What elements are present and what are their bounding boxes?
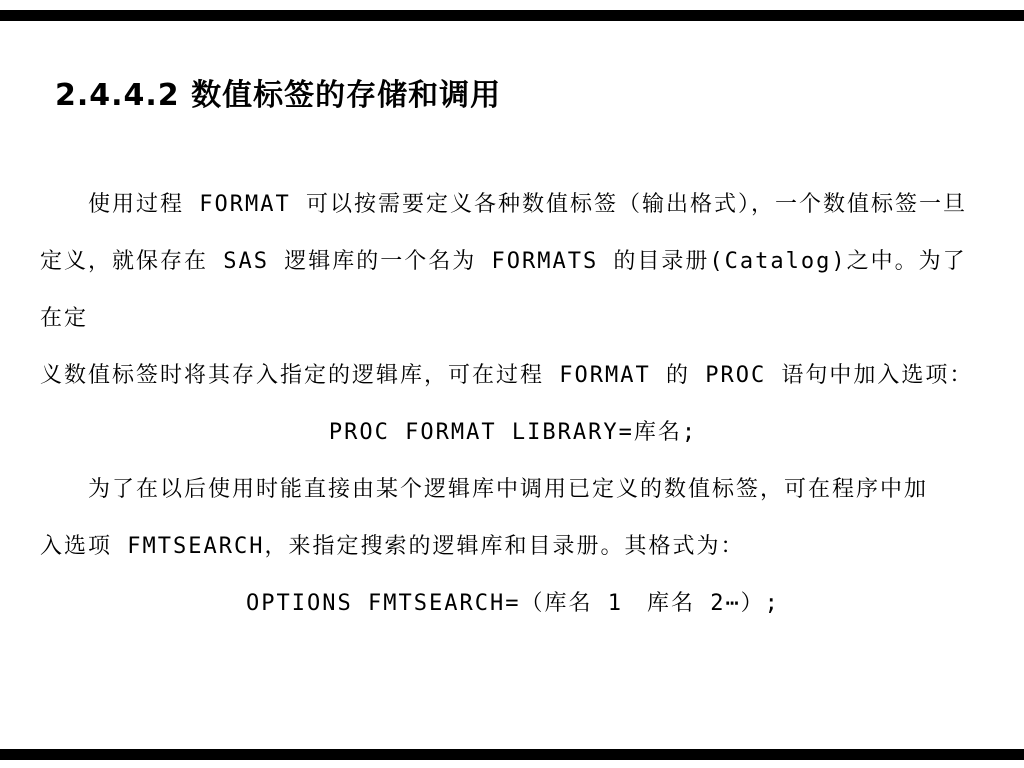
text-line: 为了在以后使用时能直接由某个逻辑库中调用已定义的数值标签，可在程序中加 [40, 461, 986, 518]
text-line: 义数值标签时将其存入指定的逻辑库，可在过程 FORMAT 的 PROC 语句中加… [40, 347, 986, 404]
top-rule [0, 10, 1024, 21]
page-title: 2.4.4.2 数值标签的存储和调用 [55, 70, 501, 114]
document-page: 2.4.4.2 数值标签的存储和调用 使用过程 FORMAT 可以按需要定义各种… [0, 0, 1024, 768]
text-line: OPTIONS FMTSEARCH=（库名 1 库名 2⋯）; [40, 575, 986, 632]
text-line: 定义，就保存在 SAS 逻辑库的一个名为 FORMATS 的目录册(Catalo… [40, 233, 986, 347]
text-line: 使用过程 FORMAT 可以按需要定义各种数值标签（输出格式），一个数值标签一旦 [40, 176, 986, 233]
bottom-rule [0, 749, 1024, 760]
text-line: PROC FORMAT LIBRARY=库名; [40, 404, 986, 461]
body-text: 使用过程 FORMAT 可以按需要定义各种数值标签（输出格式），一个数值标签一旦… [40, 176, 986, 632]
text-line: 入选项 FMTSEARCH，来指定搜索的逻辑库和目录册。其格式为： [40, 518, 986, 575]
